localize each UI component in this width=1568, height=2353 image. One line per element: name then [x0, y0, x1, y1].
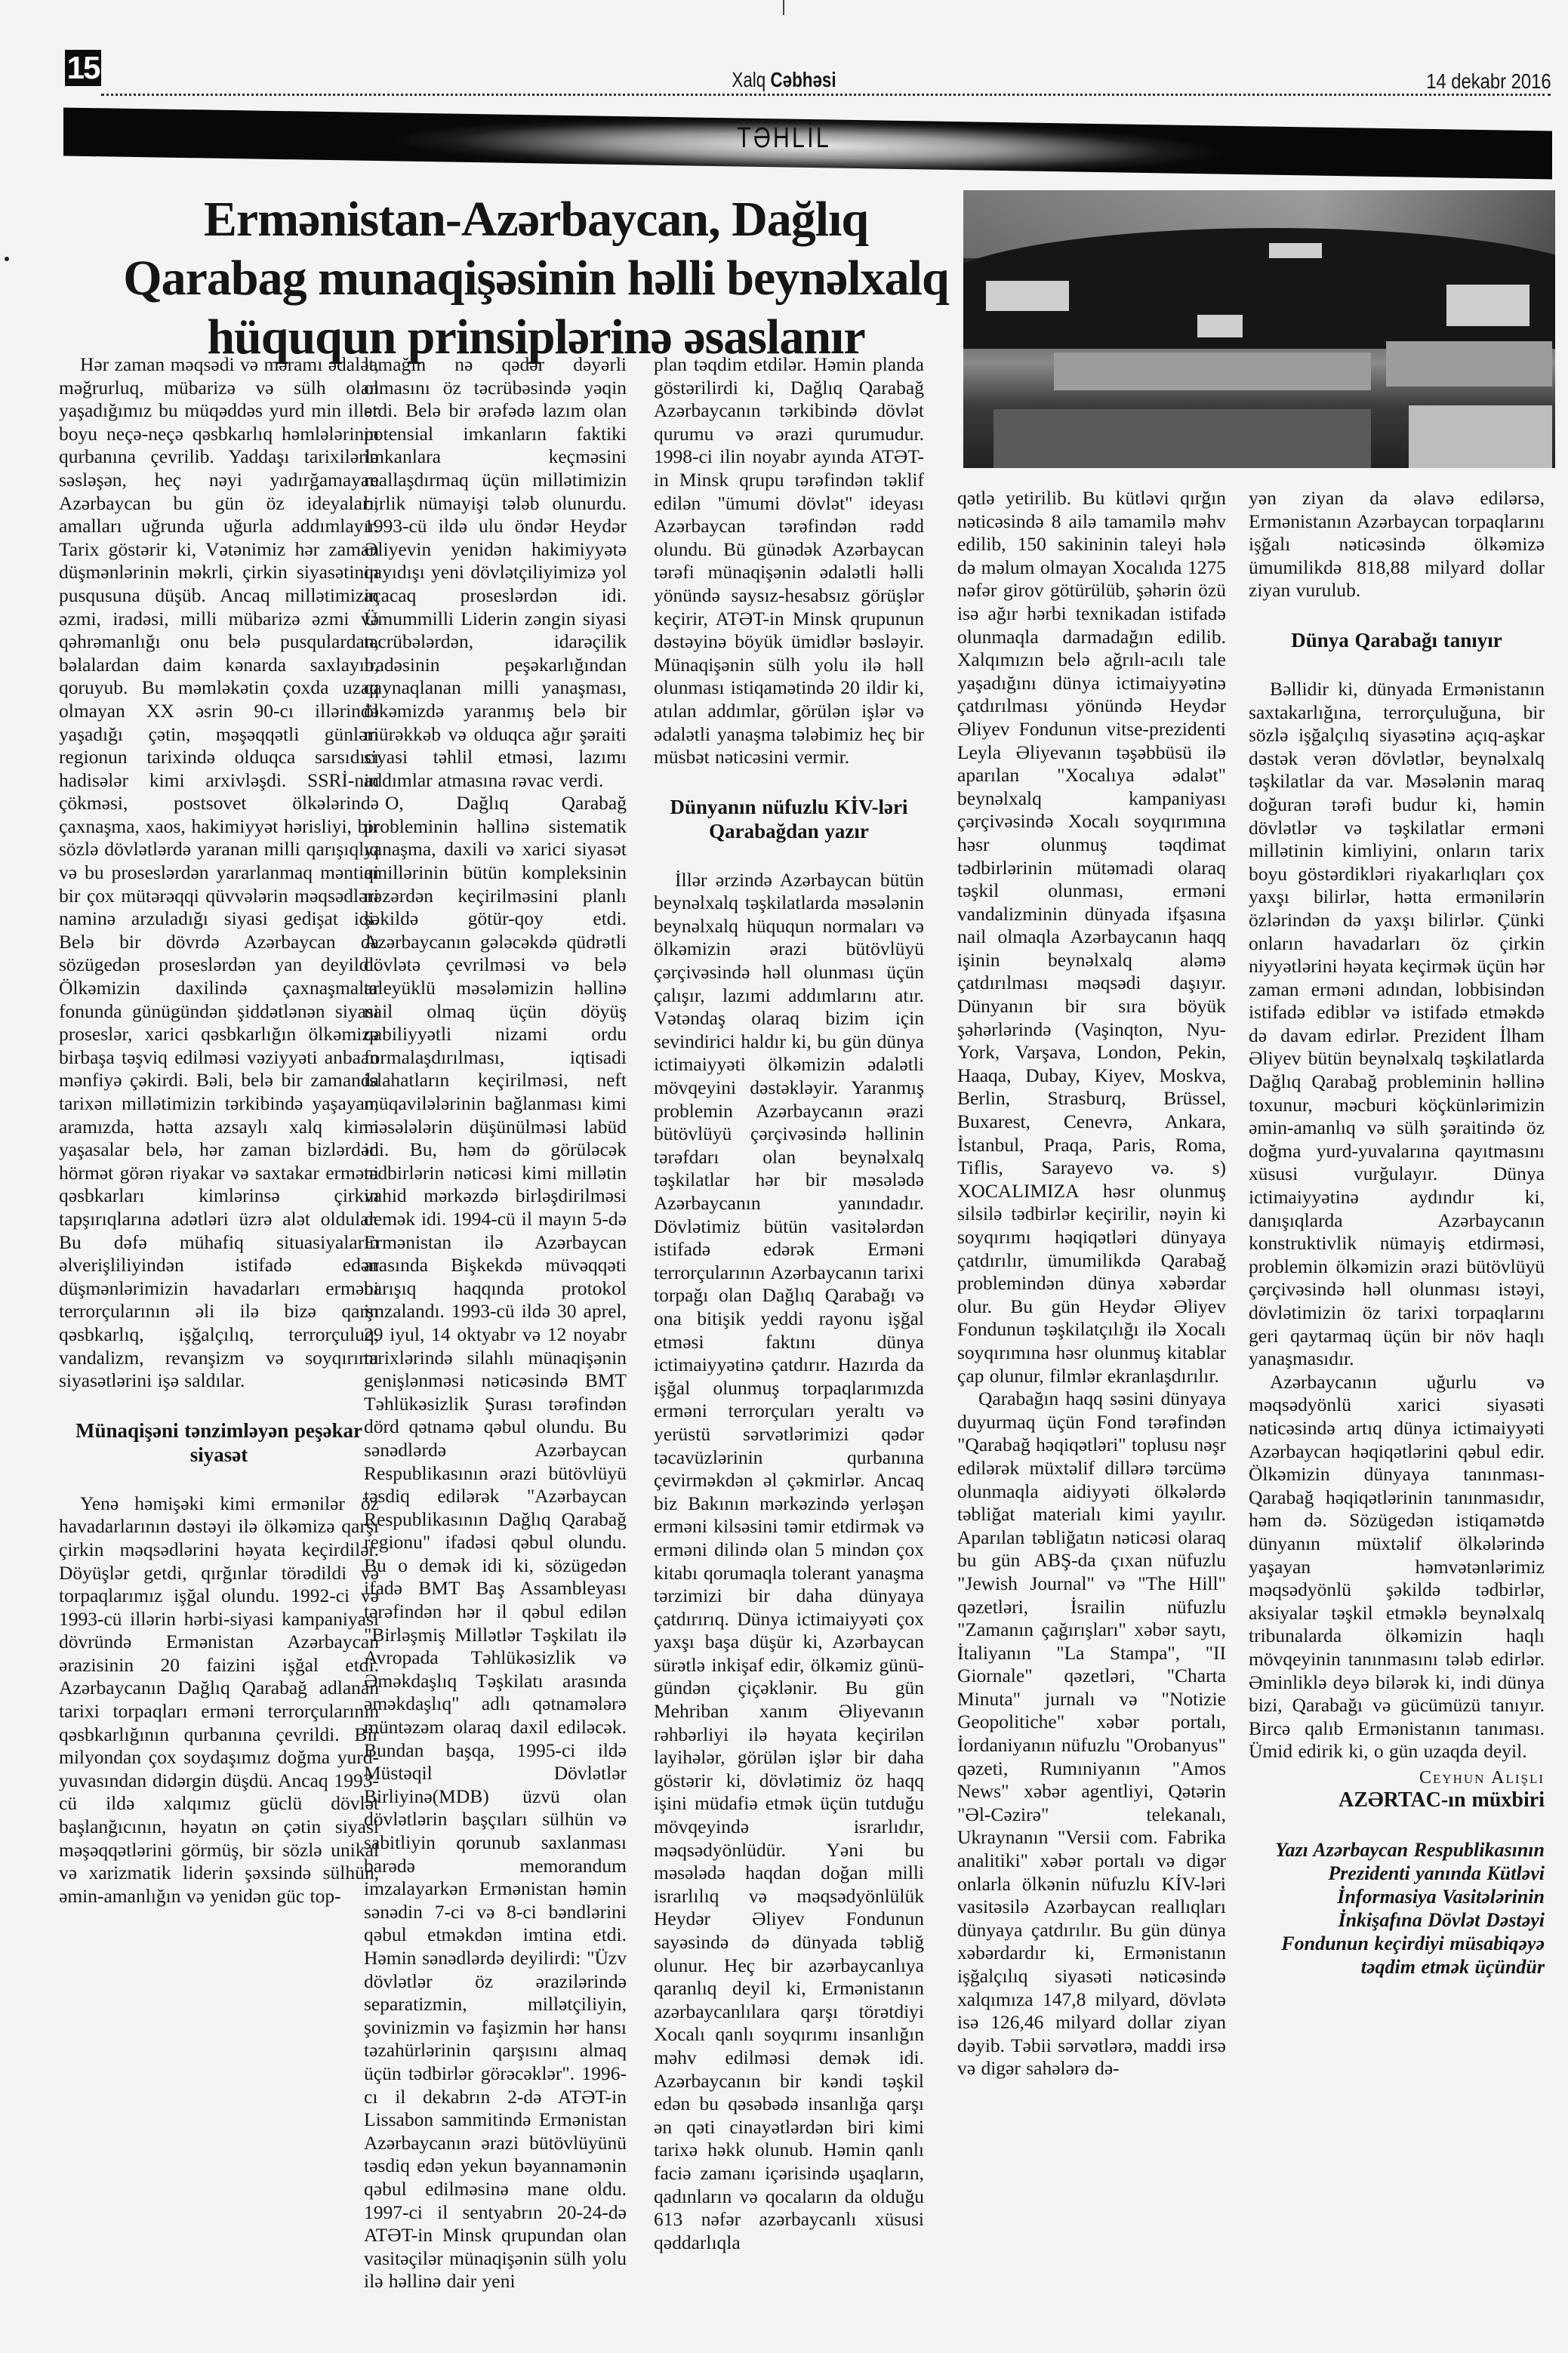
author-name: Ceyhun Alışlı [1249, 1766, 1545, 1790]
paragraph: yən ziyan da əlavə edilərsə, Ermənistanı… [1249, 487, 1545, 602]
photo-ruins [1054, 353, 1371, 390]
paragraph: İllər ərzində Azərbaycan bütün beynəlxal… [654, 869, 924, 2255]
issue-date: 14 dekabr 2016 [1427, 69, 1551, 94]
newspaper-masthead: Xalq Cəbhəsi [157, 68, 1412, 92]
paragraph: Qarabağın haqq səsini dünyaya duyurmaq ü… [957, 1387, 1226, 2080]
photo-building [1269, 243, 1322, 258]
page-number: 15 [65, 50, 101, 86]
subheading: Dünyanın nüfuzlu KİV-ləri Qarabağdan yaz… [654, 795, 924, 843]
article-column-1: Hər zaman məqsədi və məramı ədalət, məğr… [59, 353, 379, 1908]
article-column-2: lamağın nə qədər dəyərli olmasını öz təc… [364, 353, 627, 2293]
paragraph: Azərbaycanın uğurlu və məqsədyönlü xaric… [1249, 1371, 1545, 1763]
photo-ruins [993, 409, 1371, 468]
header-divider [101, 94, 1551, 96]
registration-mark [783, 0, 784, 15]
masthead-bold: Cəbhəsi [770, 68, 836, 91]
subheading: Dünya Qarabağı tanıyır [1249, 628, 1545, 652]
paragraph: Bəllidir ki, dünyada Ermənistanın saxtak… [1249, 678, 1545, 1371]
photo-building [1446, 285, 1529, 326]
article-headline: Ermənistan-Azərbaycan, Dağlıq Qarabag mu… [121, 190, 951, 367]
photo-ruins [1386, 341, 1552, 387]
article-column-5: yən ziyan da əlavə edilərsə, Ermənistanı… [1249, 487, 1545, 1979]
headline-line-2: Qarabag munaqişəsinin həlli beynəlxalq [121, 249, 951, 308]
masthead-light: Xalq [732, 68, 770, 91]
headline-line-1: Ermənistan-Azərbaycan, Dağlıq [121, 190, 951, 249]
paragraph: qətlə yetirilib. Bu kütləvi qırğın nətic… [957, 487, 1226, 1387]
paragraph: O, Dağlıq Qarabağ probleminin həllinə si… [364, 792, 627, 2293]
photo-building [1409, 405, 1552, 468]
photo-building [1197, 315, 1243, 337]
article-column-3: plan təqdim etdilər. Həmin planda göstər… [654, 353, 924, 2254]
author-affiliation: AZƏRTAC-ın müxbiri [1249, 1789, 1545, 1812]
paragraph: Yenə həmişəki kimi ermənilər öz havadarl… [59, 1492, 379, 1908]
photo-building [986, 281, 1069, 311]
contest-note: Yazı Azərbaycan Respublikasının Preziden… [1249, 1838, 1545, 1979]
margin-dot [5, 257, 9, 261]
subheading: Münaqişəni tənzimləyən peşəkar siyasət [59, 1418, 379, 1467]
paragraph: Hər zaman məqsədi və məramı ədalət, məğr… [59, 353, 379, 1393]
article-photo [963, 190, 1555, 468]
paragraph: lamağın nə qədər dəyərli olmasını öz təc… [364, 353, 627, 792]
article-column-4: qətlə yetirilib. Bu kütləvi qırğın nətic… [957, 487, 1226, 2080]
rubric-label: TƏHLİL [157, 122, 1412, 155]
paragraph: plan təqdim etdilər. Həmin planda göstər… [654, 353, 924, 769]
